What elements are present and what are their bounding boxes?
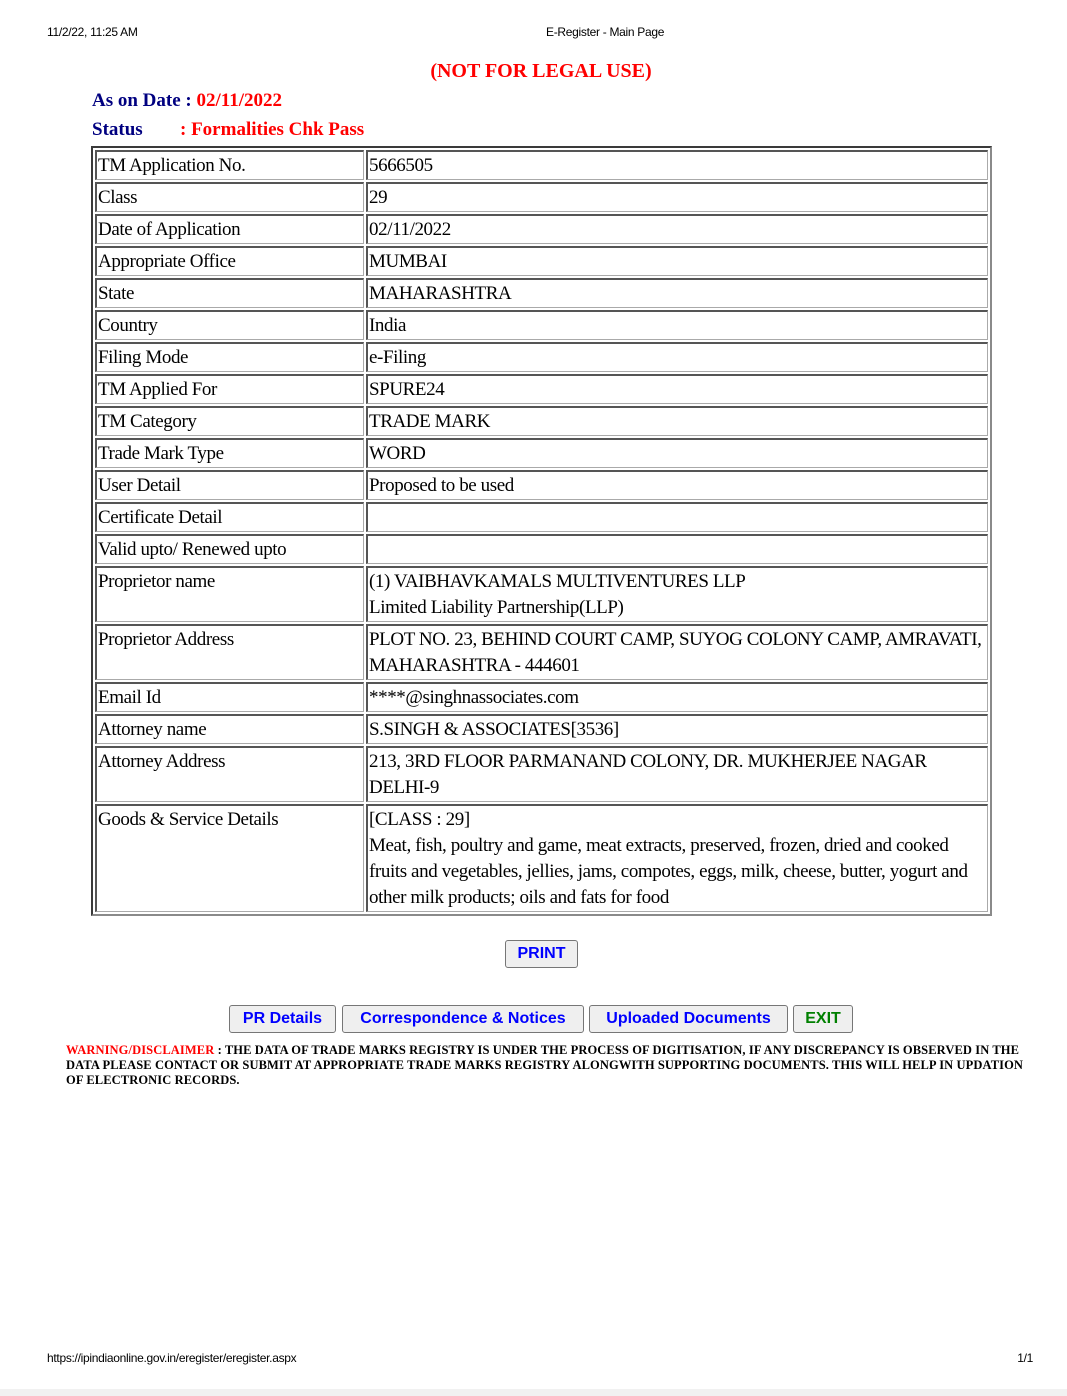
- table-row: Email Id****@singhnassociates.com: [95, 682, 988, 712]
- viewer-bottom-strip: [0, 1389, 1067, 1396]
- field-label: Attorney name: [95, 714, 364, 744]
- field-label: Filing Mode: [95, 342, 364, 372]
- table-row: TM Application No.5666505: [95, 150, 988, 180]
- field-value: [CLASS : 29]Meat, fish, poultry and game…: [366, 804, 988, 912]
- table-row: Attorney Address213, 3RD FLOOR PARMANAND…: [95, 746, 988, 802]
- field-value: 213, 3RD FLOOR PARMANAND COLONY, DR. MUK…: [366, 746, 988, 802]
- table-row: StateMAHARASHTRA: [95, 278, 988, 308]
- field-label: TM Category: [95, 406, 364, 436]
- print-url: https://ipindiaonline.gov.in/eregister/e…: [47, 1351, 296, 1365]
- uploaded-documents-button[interactable]: Uploaded Documents: [589, 1005, 788, 1033]
- exit-button[interactable]: EXIT: [793, 1005, 853, 1033]
- field-value-text: e-Filing: [369, 347, 426, 368]
- field-value-text: WORD: [369, 443, 425, 464]
- as-on-date: As on Date : 02/11/2022: [92, 90, 282, 112]
- field-label: Certificate Detail: [95, 502, 364, 532]
- field-value: MAHARASHTRA: [366, 278, 988, 308]
- table-row: Proprietor AddressPLOT NO. 23, BEHIND CO…: [95, 624, 988, 680]
- table-row: TM Applied ForSPURE24: [95, 374, 988, 404]
- field-label: User Detail: [95, 470, 364, 500]
- field-value: e-Filing: [366, 342, 988, 372]
- field-value: MUMBAI: [366, 246, 988, 276]
- as-on-date-label: As on Date :: [92, 90, 197, 112]
- print-footer: https://ipindiaonline.gov.in/eregister/e…: [0, 1351, 1067, 1367]
- field-label: Trade Mark Type: [95, 438, 364, 468]
- field-value-text: India: [369, 315, 406, 336]
- field-value-text: 29: [369, 187, 387, 208]
- table-row: Valid upto/ Renewed upto: [95, 534, 988, 564]
- field-value-text: MAHARASHTRA: [369, 283, 511, 304]
- field-value: 02/11/2022: [366, 214, 988, 244]
- field-value: 29: [366, 182, 988, 212]
- field-value-text: SPURE24: [369, 379, 444, 400]
- field-label: Class: [95, 182, 364, 212]
- table-row: Proprietor name(1) VAIBHAVKAMALS MULTIVE…: [95, 566, 988, 622]
- field-label: TM Application No.: [95, 150, 364, 180]
- field-label: Appropriate Office: [95, 246, 364, 276]
- application-details-table: TM Application No.5666505Class29Date of …: [91, 146, 992, 916]
- table-row: Appropriate OfficeMUMBAI: [95, 246, 988, 276]
- field-value: [366, 534, 988, 564]
- table-row: User DetailProposed to be used: [95, 470, 988, 500]
- table-row: TM CategoryTRADE MARK: [95, 406, 988, 436]
- field-value-text: [CLASS : 29]: [369, 809, 470, 830]
- field-value-text: 213, 3RD FLOOR PARMANAND COLONY, DR. MUK…: [369, 751, 927, 798]
- field-label: Proprietor name: [95, 566, 364, 622]
- field-value: WORD: [366, 438, 988, 468]
- field-label: Email Id: [95, 682, 364, 712]
- field-value-detail: Meat, fish, poultry and game, meat extra…: [369, 835, 968, 908]
- disclaimer: WARNING/DISCLAIMER : THE DATA OF TRADE M…: [66, 1043, 1026, 1088]
- field-value-detail: Limited Liability Partnership(LLP): [369, 597, 623, 618]
- field-label: Date of Application: [95, 214, 364, 244]
- field-value-text: 5666505: [369, 155, 433, 176]
- table-row: Filing Modee-Filing: [95, 342, 988, 372]
- field-label: Attorney Address: [95, 746, 364, 802]
- application-status: Status: Formalities Chk Pass: [92, 119, 364, 141]
- field-label: Valid upto/ Renewed upto: [95, 534, 364, 564]
- field-value: (1) VAIBHAVKAMALS MULTIVENTURES LLPLimit…: [366, 566, 988, 622]
- field-value-text: ****@singhnassociates.com: [369, 687, 579, 708]
- field-value: SPURE24: [366, 374, 988, 404]
- table-row: Certificate Detail: [95, 502, 988, 532]
- table-row: Date of Application02/11/2022: [95, 214, 988, 244]
- table-row: Trade Mark TypeWORD: [95, 438, 988, 468]
- status-separator: :: [180, 119, 191, 140]
- print-page-number: 1/1: [1017, 1351, 1033, 1365]
- field-value-text: 02/11/2022: [369, 219, 451, 240]
- field-value: 5666505: [366, 150, 988, 180]
- print-header: 11/2/22, 11:25 AM E-Register - Main Page: [0, 25, 1067, 41]
- field-label: Country: [95, 310, 364, 340]
- field-value: PLOT NO. 23, BEHIND COURT CAMP, SUYOG CO…: [366, 624, 988, 680]
- status-label: Status: [92, 119, 180, 141]
- status-value: Formalities Chk Pass: [191, 119, 364, 140]
- table-row: CountryIndia: [95, 310, 988, 340]
- correspondence-notices-button[interactable]: Correspondence & Notices: [342, 1005, 584, 1033]
- field-label: TM Applied For: [95, 374, 364, 404]
- field-label: State: [95, 278, 364, 308]
- field-value-text: (1) VAIBHAVKAMALS MULTIVENTURES LLP: [369, 571, 745, 592]
- table-row: Class29: [95, 182, 988, 212]
- field-value: [366, 502, 988, 532]
- field-value-text: PLOT NO. 23, BEHIND COURT CAMP, SUYOG CO…: [369, 629, 982, 676]
- pr-details-button[interactable]: PR Details: [229, 1005, 336, 1033]
- field-value: TRADE MARK: [366, 406, 988, 436]
- field-value-text: S.SINGH & ASSOCIATES[3536]: [369, 719, 619, 740]
- field-value-text: TRADE MARK: [369, 411, 490, 432]
- as-on-date-value: 02/11/2022: [197, 90, 283, 111]
- field-value-text: MUMBAI: [369, 251, 447, 272]
- print-datetime: 11/2/22, 11:25 AM: [47, 25, 138, 39]
- field-value: Proposed to be used: [366, 470, 988, 500]
- print-page-title: E-Register - Main Page: [546, 25, 664, 39]
- field-value: ****@singhnassociates.com: [366, 682, 988, 712]
- not-for-legal-use-notice: (NOT FOR LEGAL USE): [0, 60, 1067, 83]
- disclaimer-label: WARNING/DISCLAIMER: [66, 1043, 214, 1057]
- table-row: Attorney nameS.SINGH & ASSOCIATES[3536]: [95, 714, 988, 744]
- field-label: Proprietor Address: [95, 624, 364, 680]
- print-button[interactable]: PRINT: [505, 940, 578, 968]
- field-value-text: Proposed to be used: [369, 475, 514, 496]
- field-value: S.SINGH & ASSOCIATES[3536]: [366, 714, 988, 744]
- field-value: India: [366, 310, 988, 340]
- field-label: Goods & Service Details: [95, 804, 364, 912]
- table-row: Goods & Service Details[CLASS : 29]Meat,…: [95, 804, 988, 912]
